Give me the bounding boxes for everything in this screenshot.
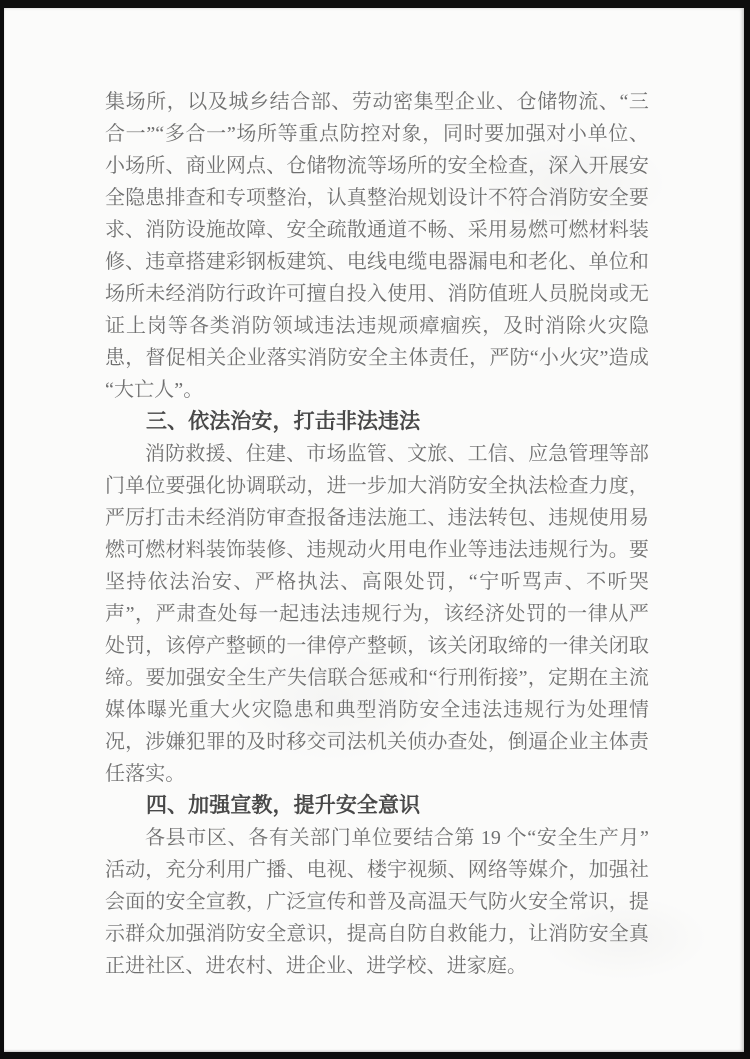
document-text-body: 集场所，以及城乡结合部、劳动密集型企业、仓储物流、“三合一”“多合一”场所等重点… (105, 86, 649, 982)
body-paragraph: 各县市区、各有关部门单位要结合第 19 个“安全生产月”活动，充分利用广播、电视… (105, 822, 649, 982)
scanned-page-frame: 集场所，以及城乡结合部、劳动密集型企业、仓储物流、“三合一”“多合一”场所等重点… (0, 0, 750, 1059)
section-heading-4: 四、加强宣教，提升安全意识 (105, 790, 649, 822)
body-paragraph: 消防救援、住建、市场监管、文旅、工信、应急管理等部门单位要强化协调联动，进一步加… (105, 438, 649, 790)
section-heading-3: 三、依法治安，打击非法违法 (105, 406, 649, 438)
body-paragraph-continuation: 集场所，以及城乡结合部、劳动密集型企业、仓储物流、“三合一”“多合一”场所等重点… (105, 86, 649, 406)
document-page: 集场所，以及城乡结合部、劳动密集型企业、仓储物流、“三合一”“多合一”场所等重点… (4, 8, 744, 1052)
